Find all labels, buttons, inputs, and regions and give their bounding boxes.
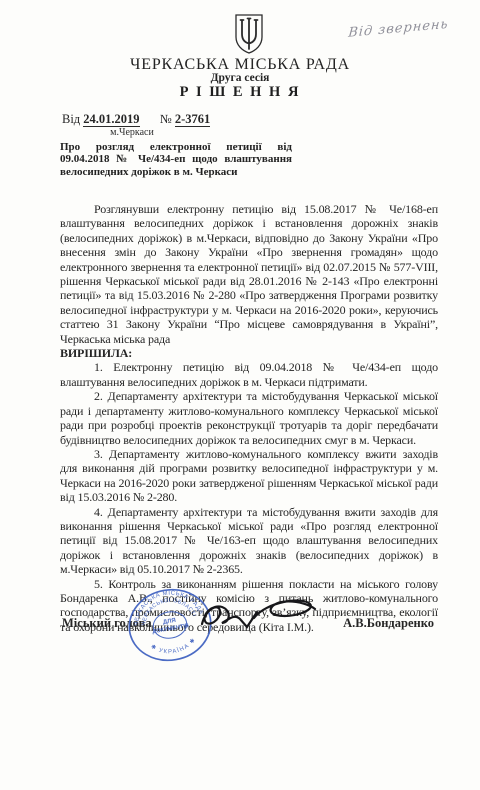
- number-sign: №: [160, 112, 172, 126]
- doc-type-title: Р І Ш Е Н Н Я: [0, 84, 480, 101]
- signature-scribble-icon: [196, 592, 324, 644]
- handwritten-note: Від звернень: [348, 14, 479, 41]
- stamp-center-line2: ДОКУМЕНТІВ: [152, 623, 190, 635]
- signature-name: А.В.Бондаренко: [343, 616, 434, 631]
- date-prefix: Від: [62, 112, 80, 126]
- resolved-label: ВИРІШИЛА:: [60, 346, 438, 360]
- coat-of-arms-icon: [235, 14, 263, 54]
- session-label: Друга сесія: [0, 72, 480, 84]
- resolution-item-2: 2. Департаменту архітектури та містобуду…: [60, 389, 438, 447]
- resolution-item-1: 1. Електронну петицію від 09.04.2018 № Ч…: [60, 360, 438, 389]
- document-page: Від звернень ЧЕРКАСЬКА МІСЬКА РАДА Друга…: [0, 0, 480, 790]
- date-line: Від 24.01.2019 № 2-3761: [62, 112, 210, 127]
- intro-paragraph: Розглянувши електронну петицію від 15.08…: [60, 202, 438, 346]
- place-label: м.Черкаси: [84, 127, 180, 138]
- subject-block: Про розгляд електронної петиції від 09.0…: [60, 141, 292, 178]
- resolution-item-4: 4. Департаменту архітектури та містобуду…: [60, 505, 438, 577]
- number-value: 2-3761: [175, 112, 210, 127]
- stamp-bottom-text: ✱ УКРАЇНА ✱: [149, 635, 200, 659]
- date-value: 24.01.2019: [83, 112, 139, 127]
- body-text: Розглянувши електронну петицію від 15.08…: [60, 202, 438, 634]
- resolution-item-3: 3. Департаменту житлово-комунального ком…: [60, 447, 438, 505]
